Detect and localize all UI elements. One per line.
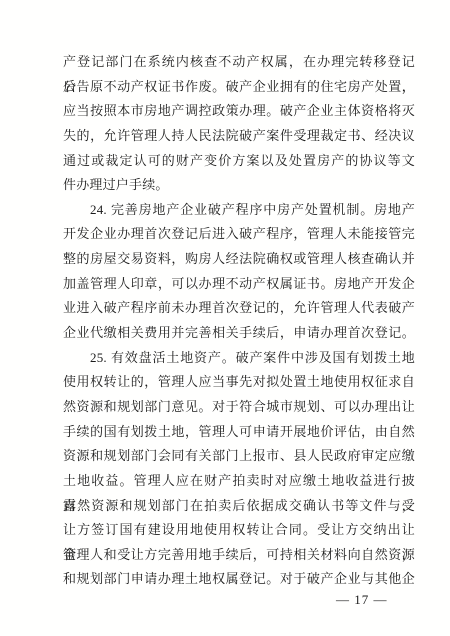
document-line: 使用权转让的，管理人应当事先对拟处置土地使用权征求自 xyxy=(63,370,415,395)
paragraph-continuation: 产登记部门在系统内核查不动产权属，在办理完转移登记后， 公告原不动产权证书作废。… xyxy=(63,50,415,198)
document-line: 产登记部门在系统内核查不动产权属，在办理完转移登记后， xyxy=(63,50,415,75)
document-body: 产登记部门在系统内核查不动产权属，在办理完转移登记后， 公告原不动产权证书作废。… xyxy=(63,50,415,592)
page-number: — 17 — xyxy=(336,592,388,608)
document-line: 件办理过户手续。 xyxy=(63,173,415,198)
document-line: 企业代缴相关费用并完善相关手续后，申请办理首次登记。 xyxy=(63,321,415,346)
document-line: 公告原不动产权证书作废。破产企业拥有的住宅房产处置， xyxy=(63,75,415,100)
document-line: 加盖管理人印章，可以办理不动产权属证书。房地产开发企 xyxy=(63,272,415,297)
document-line: 资源和规划部门会同有关部门上报市、县人民政府审定应缴 xyxy=(63,444,415,469)
document-line: 失的，允许管理人持人民法院破产案件受理裁定书、经决议 xyxy=(63,124,415,149)
document-page: 产登记部门在系统内核查不动产权属，在办理完转移登记后， 公告原不动产权证书作废。… xyxy=(0,0,450,636)
paragraph-item-25: 25. 有效盘活土地资产。破产案件中涉及国有划拨土地 使用权转让的，管理人应当事… xyxy=(63,346,415,592)
paragraph-item-24: 24. 完善房地产企业破产程序中房产处置机制。房地产 开发企业办理首次登记后进入… xyxy=(63,198,415,346)
document-line: 应当按照本市房地产调控政策办理。破产企业主体资格将灭 xyxy=(63,99,415,124)
document-line: 25. 有效盘活土地资产。破产案件中涉及国有划拨土地 xyxy=(63,346,415,371)
document-line: 通过或裁定认可的财产变价方案以及处置房产的协议等文 xyxy=(63,149,415,174)
document-line: 手续的国有划拨土地，管理人可申请开展地价评估，由自然 xyxy=(63,420,415,445)
document-line: 和规划部门申请办理土地权属登记。对于破产企业与其他企 xyxy=(63,567,415,592)
document-line: 24. 完善房地产企业破产程序中房产处置机制。房地产 xyxy=(63,198,415,223)
document-line: 整的房屋交易资料，购房人经法院确权或管理人核查确认并 xyxy=(63,247,415,272)
document-line: 自然资源和规划部门在拍卖后依据成交确认书等文件与受 xyxy=(63,494,415,519)
document-line: 开发企业办理首次登记后进入破产程序，管理人未能接管完 xyxy=(63,222,415,247)
document-line: 管理人和受让方完善用地手续后，可持相关材料向自然资源 xyxy=(63,543,415,568)
document-line: 土地收益。管理人应在财产拍卖时对应缴土地收益进行披露， xyxy=(63,469,415,494)
document-line: 业进入破产程序前未办理首次登记的，允许管理人代表破产 xyxy=(63,296,415,321)
document-line: 让方签订国有建设用地使用权转让合同。受让方交纳出让金， xyxy=(63,518,415,543)
document-line: 然资源和规划部门意见。对于符合城市规划、可以办理出让 xyxy=(63,395,415,420)
